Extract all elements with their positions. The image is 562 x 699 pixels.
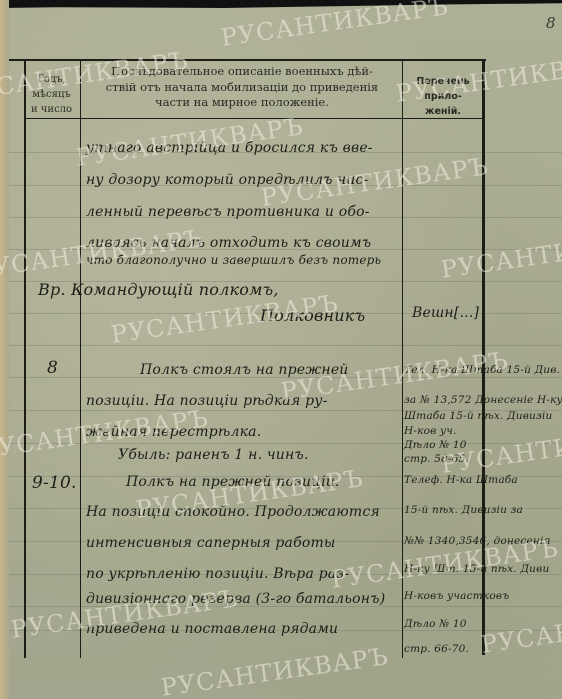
attachment-line: Н-ку Шт. 15-й пѣх. Диви [404,563,549,575]
attachment-line: Телеф. Н-ка Штаба [404,474,518,486]
entry-description-line: дивизіоннаго резерва (3-го батальонъ) [86,591,385,607]
attachment-line: Н-ковъ участковъ [404,590,509,602]
entry-description-line: что благополучно и завершилъ безъ потерь [86,253,381,267]
attachment-line: Дѣло № 10 [404,618,467,630]
attachment-line: Тел. Н-ка Штаба 15-й Див. [404,364,560,376]
entry-description-line: позиціи. На позиціи рѣдкая ру- [86,393,328,409]
scan-left-edge [0,0,9,699]
description-column-divider [402,60,403,658]
header-date-column: Годъ, мѣсяцъ и число [25,72,78,117]
attachment-line: Дѣло № 10 [404,439,467,451]
attachment-line: Штаба 15-й пѣх. Дивизіи [404,410,552,422]
entry-description-line: утнаго австрійца и бросился къ вве- [86,140,373,156]
entry-description-line: ну дозору который опредѣлилъ чис- [86,172,368,188]
entry-description-line: Полкъ стоялъ на прежней [140,362,349,378]
signature-name: Вешн[...] [412,305,479,321]
entry-description-line: приведена и поставлена рядами [86,621,338,637]
header-description-column: Послѣдовательное описаніе военныхъ дѣй- … [82,64,402,111]
watermark: РУСАНТИКВАРЪ [219,0,450,52]
attachment-line: стр. 58-65. [404,453,469,465]
date-column-divider [80,60,81,658]
scan-top-edge [0,0,562,8]
attachment-line: 15-й пѣх. Дивизіи за [404,504,523,516]
entry-description-line: Убыль: раненъ 1 н. чинъ. [118,447,309,463]
signature-title: Вр. Командующій полкомъ, [38,280,279,299]
entry-description-line: На позиціи спокойно. Продолжаются [86,504,380,520]
entry-description-line: по укрѣпленію позиціи. Вѣра раз- [86,566,349,582]
signature-rank: Полковникъ [260,306,365,325]
entry-description-line: Полкъ на прежней позиціи. [126,474,340,490]
table-left-border [24,60,26,658]
attachment-line: стр. 66-70. [404,643,469,655]
attachment-line: Н-ков уч. [404,425,457,437]
archival-document-page: 8 Годъ, мѣсяцъ и число Послѣдовательное … [0,0,562,699]
attachment-line: за № 13,572 Донесеніе Н-ку [404,394,562,406]
entry-date: 8 [47,358,58,378]
watermark: РУСАНТИКВАРЪ [159,642,390,699]
entry-description-line: жейная перестрѣлка. [86,424,261,440]
entry-description-line: ливаясь началъ отходить къ своимъ [86,235,371,251]
watermark: РУСАНТИКВАРЪ [479,599,562,659]
attachment-line: №№ 1340,3546, донесенія [404,535,551,547]
header-attachments-column: Перечень прило- женій. [403,74,483,119]
watermark: РУСАНТИКВАРЪ [439,224,562,284]
entry-date: 9-10. [32,473,77,493]
entry-description-line: интенсивныя саперныя работы [86,535,336,551]
entry-description-line: ленный перевѣсъ противника и обо- [86,204,370,220]
page-number: 8 [546,14,556,32]
